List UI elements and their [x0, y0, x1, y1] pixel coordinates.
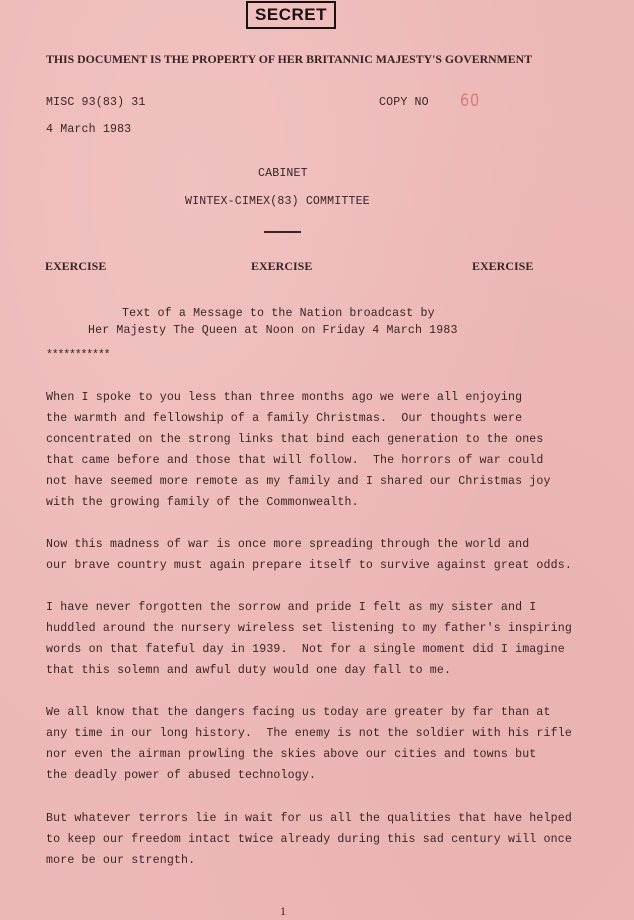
paragraph-line: We all know that the dangers facing us t… [46, 706, 551, 719]
copy-no-label: COPY NO [379, 96, 429, 109]
copy-no-handwritten-value: 60 [460, 91, 480, 111]
property-notice: THIS DOCUMENT IS THE PROPERTY OF HER BRI… [46, 52, 532, 67]
paragraph-line: Now this madness of war is once more spr… [46, 538, 529, 551]
paragraph-line: that this solemn and awful duty would on… [46, 664, 451, 677]
heading-committee: WINTEX-CIMEX(83) COMMITTEE [185, 195, 370, 208]
secret-classification-stamp: SECRET [246, 1, 336, 29]
exercise-label-left: EXERCISE [45, 259, 106, 274]
paragraph-line: words on that fateful day in 1939. Not f… [46, 643, 565, 656]
paragraph-line: not have seemed more remote as my family… [46, 475, 551, 488]
paragraph-line: more be our strength. [46, 854, 195, 867]
paragraph-line: huddled around the nursery wireless set … [46, 622, 572, 635]
paragraph-line: that came before and those that will fol… [46, 454, 544, 467]
paragraph-line: I have never forgotten the sorrow and pr… [46, 601, 536, 614]
paragraph-line: concentrated on the strong links that bi… [46, 433, 544, 446]
paragraph-line: When I spoke to you less than three mont… [46, 391, 522, 404]
exercise-label-center: EXERCISE [251, 259, 312, 274]
paragraph-line: any time in our long history. The enemy … [46, 727, 572, 740]
document-reference: MISC 93(83) 31 [46, 96, 146, 109]
title-line-1: Text of a Message to the Nation broadcas… [122, 307, 435, 320]
document-date: 4 March 1983 [46, 123, 131, 136]
paragraph-line: our brave country must again prepare its… [46, 559, 572, 572]
paragraph-line: the deadly power of abused technology. [46, 769, 316, 782]
exercise-label-right: EXERCISE [472, 259, 533, 274]
heading-divider-rule [264, 231, 301, 233]
paragraph-line: to keep our freedom intact twice already… [46, 833, 572, 846]
paragraph-line: nor even the airman prowling the skies a… [46, 748, 536, 761]
page-number: 1 [280, 904, 286, 919]
heading-cabinet: CABINET [258, 167, 308, 180]
paragraph-line: with the growing family of the Commonwea… [46, 496, 359, 509]
document-page: SECRET THIS DOCUMENT IS THE PROPERTY OF … [0, 0, 634, 920]
asterisk-separator: *********** [46, 349, 109, 362]
paragraph-line: But whatever terrors lie in wait for us … [46, 812, 572, 825]
title-line-2: Her Majesty The Queen at Noon on Friday … [88, 324, 458, 337]
paragraph-line: the warmth and fellowship of a family Ch… [46, 412, 522, 425]
